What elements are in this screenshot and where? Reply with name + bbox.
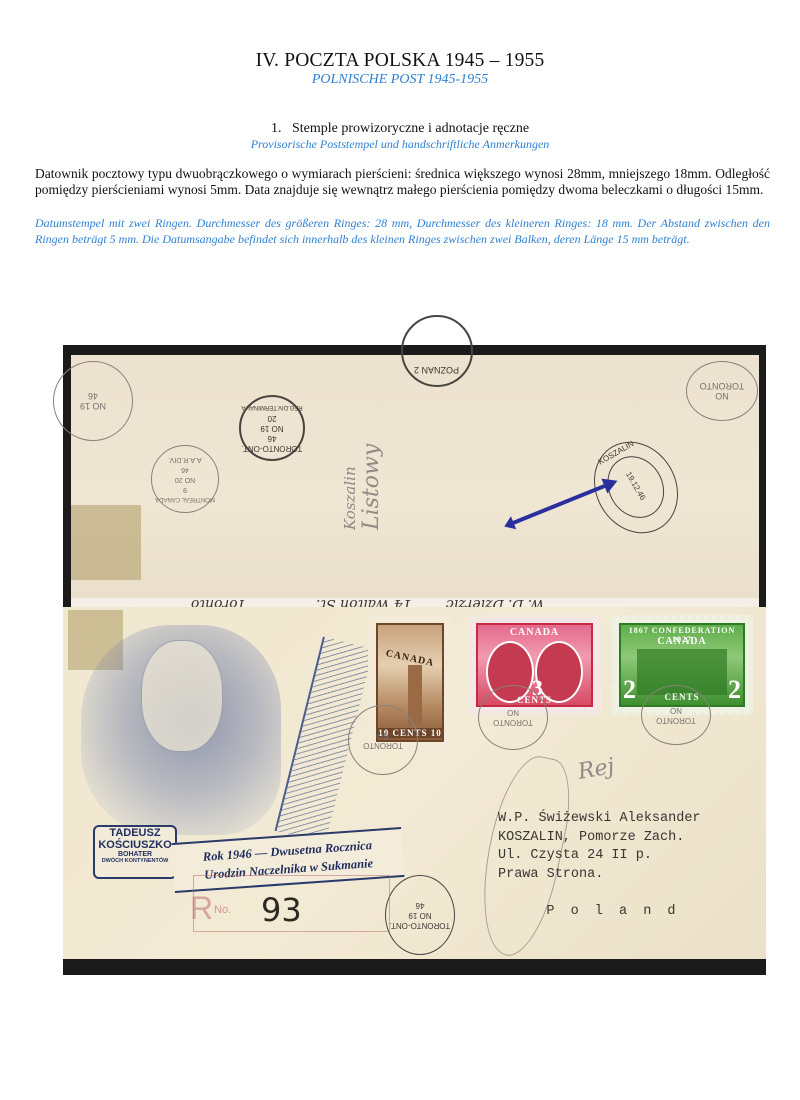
- postmark-toronto-stamp-10: TORONTONO: [348, 705, 418, 775]
- section-number: 1.: [271, 121, 282, 136]
- cachet-name-ribbon: TADEUSZ KOŚCIUSZKO BOHATER DWÓCH KONTYNE…: [93, 825, 177, 879]
- pencil-note-back: Koszalin Listowy: [339, 444, 384, 530]
- tape: [71, 505, 141, 580]
- page-subtitle-de: POLNISCHE POST 1945-1955: [0, 72, 800, 88]
- page-title: IV. POCZTA POLSKA 1945 – 1955: [0, 50, 800, 72]
- section-heading: 1. Stemple prowizoryczne i adnotacje ręc…: [0, 121, 800, 137]
- postmark-toronto-corner-right: NOTORONTO: [686, 361, 758, 421]
- description-de: Datumstempel mit zwei Ringen. Durchmesse…: [35, 216, 770, 247]
- section-title-de: Provisorische Poststempel und handschrif…: [0, 137, 800, 152]
- registration-number: 93: [261, 891, 302, 929]
- portrait-face: [141, 640, 223, 752]
- postmark-toronto-terminal-a: TORONTO-ONT. 46 NO 19 20 REG.DIV.TERMINA…: [239, 395, 305, 461]
- envelope-back: NO 1946 POZNAN 2 NOTORONTO TORONTO-ONT. …: [71, 355, 759, 598]
- postmark-toronto-stamp-2: TORONTONO: [641, 685, 711, 745]
- postmark-montreal: MONTREAL CANADA 9 NO 20 46 A.A.R.DIV.: [151, 445, 219, 513]
- postmark-toronto-bottom: TORONTO-ONT.NO 1946: [385, 875, 455, 955]
- envelope: NO 1946 POZNAN 2 NOTORONTO TORONTO-ONT. …: [63, 345, 766, 975]
- parliament-tower: [408, 665, 422, 725]
- description-pl: Datownik pocztowy typu dwuobrączkowego o…: [35, 166, 770, 198]
- postmark-toronto-stamp-3: TORONTONO: [478, 685, 548, 750]
- recipient-address: W.P. Świżewski Aleksander KOSZALIN, Pomo…: [498, 810, 701, 921]
- section-title-pl: Stemple prowizoryczne i adnotacje ręczne: [292, 121, 529, 136]
- postmark-poznan: POZNAN 2: [401, 315, 473, 387]
- postmark-toronto-corner-left: NO 1946: [53, 361, 133, 441]
